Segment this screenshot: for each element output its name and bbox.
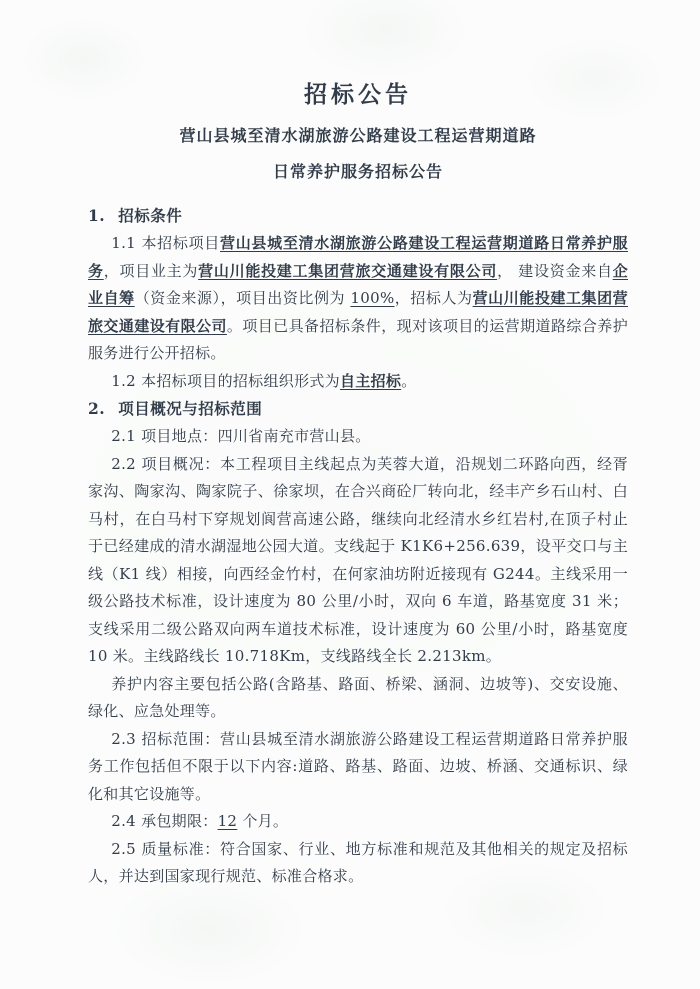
paragraph: 2.1 项目地点：四川省南充市营山县。 bbox=[88, 423, 628, 451]
document-subtitle-line1: 营山县城至清水湖旅游公路建设工程运营期道路 bbox=[88, 124, 628, 148]
emphasized-text: 营山川能投建工集团营旅交通建设有限公司 bbox=[198, 262, 497, 280]
body-text: 2.3 招标范围：营山县城至清水湖旅游公路建设工程运营期道路日常养护服务工作包括… bbox=[88, 730, 628, 803]
body-text: （资金来源），项目出资比例为 bbox=[135, 289, 351, 307]
paragraph: 1.1 本招标项目营山县城至清水湖旅游公路建设工程运营期道路日常养护服务，项目业… bbox=[88, 230, 628, 368]
section-number: 1. bbox=[88, 202, 105, 230]
body-text: 个月。 bbox=[237, 812, 288, 830]
emphasized-text: 自主招标 bbox=[340, 372, 401, 390]
body-text: ，项目业主为 bbox=[104, 262, 198, 280]
emphasized-text: 100% bbox=[350, 289, 394, 307]
section-heading: 1.招标条件 bbox=[88, 202, 628, 230]
document-subtitle-line2: 日常养护服务招标公告 bbox=[88, 160, 628, 184]
body-text: ， 建设资金来自 bbox=[497, 262, 613, 280]
section-title: 项目概况与招标范围 bbox=[118, 399, 262, 418]
body-text: 。 bbox=[401, 372, 416, 390]
section-title: 招标条件 bbox=[118, 206, 182, 225]
body-text: 1.2 本招标项目的招标组织形式为 bbox=[111, 372, 340, 390]
body-text: 2.4 承包期限： bbox=[111, 812, 217, 830]
scanned-document-page: 招标公告 营山县城至清水湖旅游公路建设工程运营期道路 日常养护服务招标公告 1.… bbox=[0, 0, 700, 989]
section-heading: 2.项目概况与招标范围 bbox=[88, 395, 628, 423]
paragraph: 2.5 质量标准：符合国家、行业、地方标准和规范及其他相关的规定及招标人，并达到… bbox=[88, 836, 628, 891]
emphasized-text: 12 bbox=[218, 812, 238, 830]
paragraph: 2.4 承包期限：12 个月。 bbox=[88, 808, 628, 836]
body-text: 养护内容主要包括公路(含路基、路面、桥梁、涵洞、边坡等)、交安设施、绿化、应急处… bbox=[88, 675, 628, 721]
body-text: 2.2 项目概况：本工程项目主线起点为芙蓉大道，沿规划二环路向西，经胥家沟、陶家… bbox=[88, 455, 628, 666]
document-content: 招标公告 营山县城至清水湖旅游公路建设工程运营期道路 日常养护服务招标公告 1.… bbox=[88, 80, 628, 891]
document-title: 招标公告 bbox=[88, 80, 628, 110]
paragraph: 2.2 项目概况：本工程项目主线起点为芙蓉大道，沿规划二环路向西，经胥家沟、陶家… bbox=[88, 451, 628, 671]
document-body: 1.招标条件1.1 本招标项目营山县城至清水湖旅游公路建设工程运营期道路日常养护… bbox=[88, 202, 628, 891]
paragraph: 2.3 招标范围：营山县城至清水湖旅游公路建设工程运营期道路日常养护服务工作包括… bbox=[88, 726, 628, 809]
body-text: 2.5 质量标准：符合国家、行业、地方标准和规范及其他相关的规定及招标人，并达到… bbox=[88, 840, 628, 886]
body-text: 2.1 项目地点：四川省南充市营山县。 bbox=[111, 427, 370, 445]
paragraph: 1.2 本招标项目的招标组织形式为自主招标。 bbox=[88, 368, 628, 396]
body-text: 1.1 本招标项目 bbox=[111, 234, 220, 252]
section-number: 2. bbox=[88, 395, 105, 423]
paragraph: 养护内容主要包括公路(含路基、路面、桥梁、涵洞、边坡等)、交安设施、绿化、应急处… bbox=[88, 671, 628, 726]
body-text: ，招标人为 bbox=[395, 289, 473, 307]
